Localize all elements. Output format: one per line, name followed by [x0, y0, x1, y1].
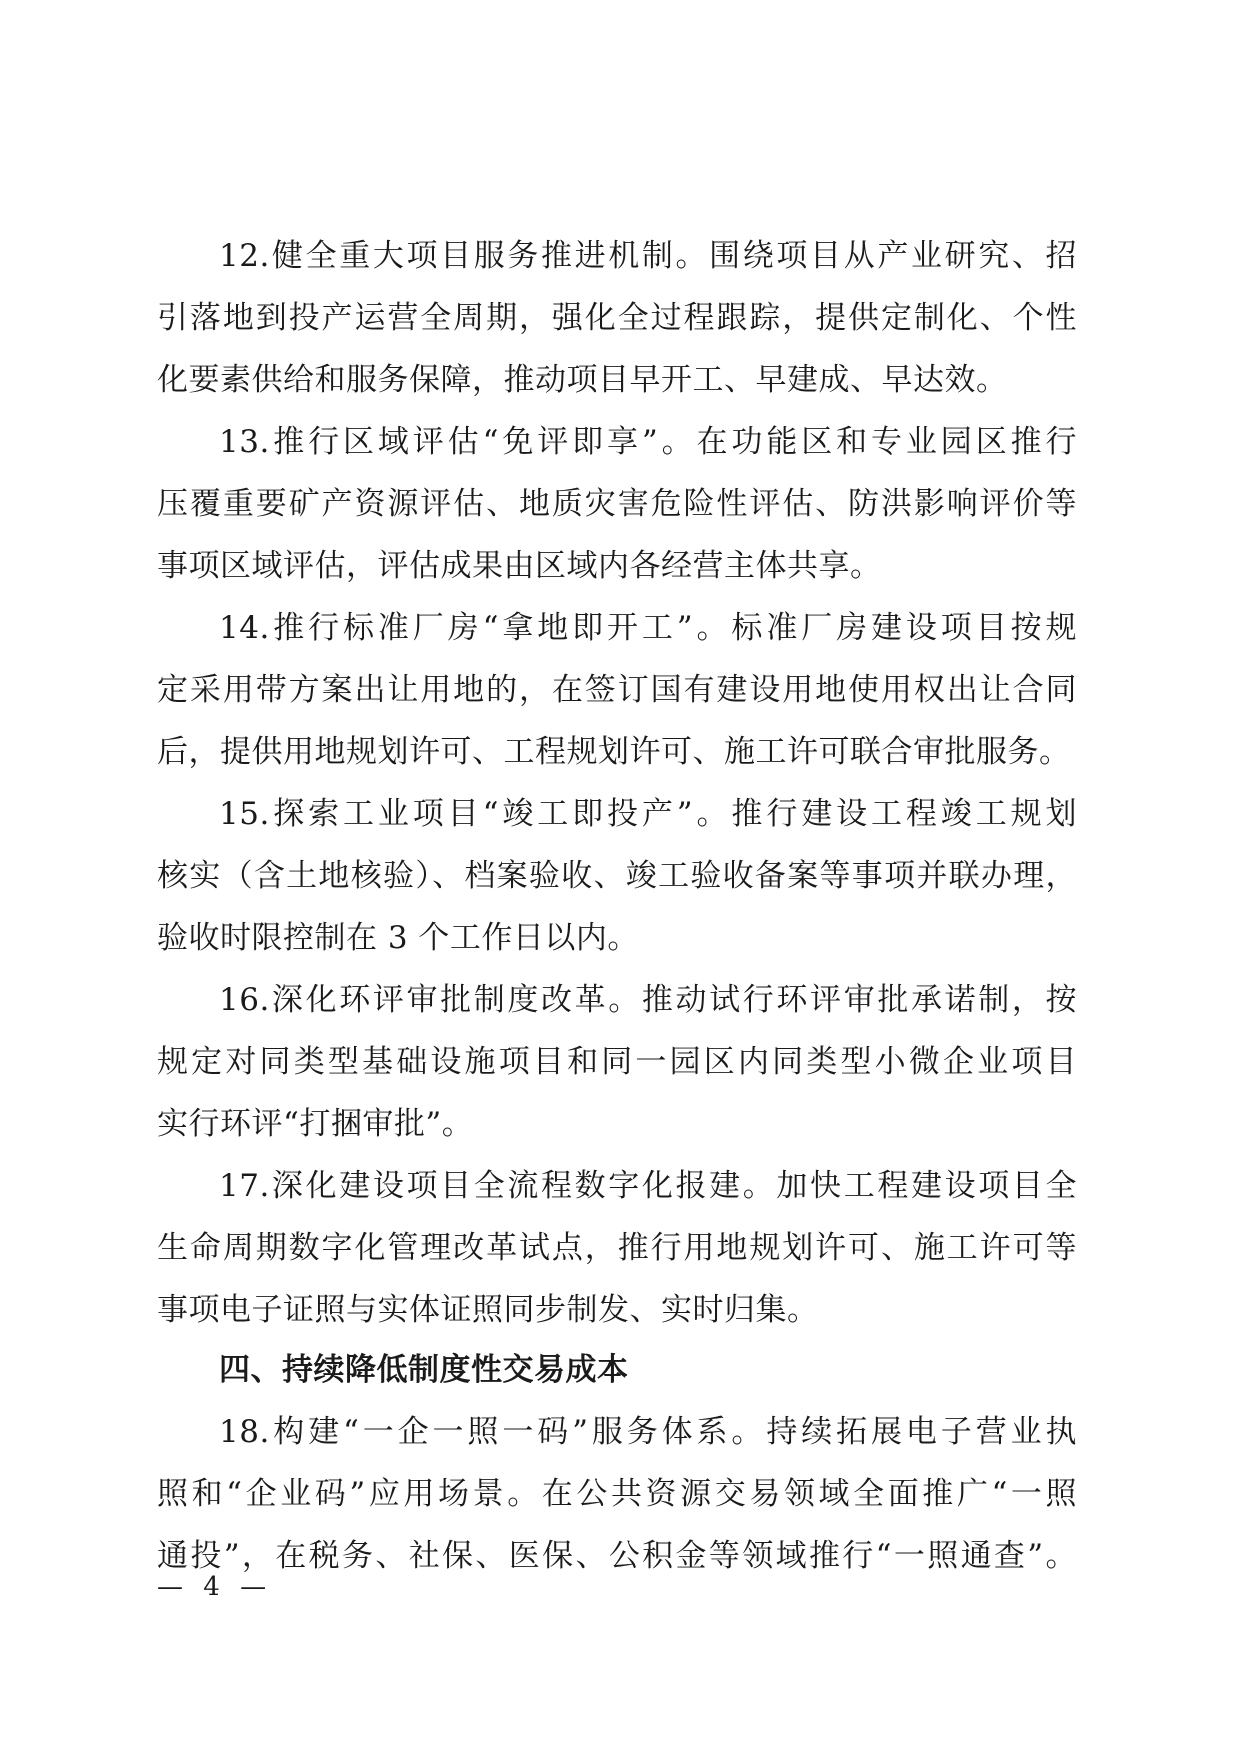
text-line: 18.构建“一企一照一码”服务体系。持续拓展电子营业执	[219, 1412, 1077, 1452]
text-line: 生命周期数字化管理改革试点，推行用地规划许可、施工许可等	[157, 1228, 1077, 1268]
text-line: 引落地到投产运营全周期，强化全过程跟踪，提供定制化、个性	[157, 298, 1077, 338]
text-line: 14.推行标准厂房“拿地即开工”。标准厂房建设项目按规	[219, 608, 1077, 648]
text-line: 后，提供用地规划许可、工程规划许可、施工许可联合审批服务。	[157, 732, 1077, 772]
text-line: 验收时限控制在 3 个工作日以内。	[157, 918, 1077, 958]
document-page: 12.健全重大项目服务推进机制。围绕项目从产业研究、招引落地到投产运营全周期，强…	[0, 0, 1241, 1754]
text-line: 17.深化建设项目全流程数字化报建。加快工程建设项目全	[219, 1166, 1077, 1206]
text-line: 实行环评“打捆审批”。	[157, 1104, 1077, 1144]
text-line: 16.深化环评审批制度改革。推动试行环评审批承诺制，按	[219, 980, 1077, 1020]
section-heading: 四、持续降低制度性交易成本	[219, 1350, 1077, 1390]
text-line: 事项电子证照与实体证照同步制发、实时归集。	[157, 1290, 1077, 1330]
text-line: 通投”，在税务、社保、医保、公积金等领域推行“一照通查”。	[157, 1536, 1077, 1576]
text-line: 定采用带方案出让用地的，在签订国有建设用地使用权出让合同	[157, 670, 1077, 710]
text-line: 12.健全重大项目服务推进机制。围绕项目从产业研究、招	[219, 236, 1077, 276]
text-line: 13.推行区域评估“免评即享”。在功能区和专业园区推行	[219, 422, 1077, 462]
text-line: 核实（含土地核验）、档案验收、竣工验收备案等事项并联办理，	[157, 856, 1077, 896]
page-number: — 4 —	[157, 1570, 272, 1604]
text-line: 规定对同类型基础设施项目和同一园区内同类型小微企业项目	[157, 1042, 1077, 1082]
text-line: 压覆重要矿产资源评估、地质灾害危险性评估、防洪影响评价等	[157, 484, 1077, 524]
text-line: 化要素供给和服务保障，推动项目早开工、早建成、早达效。	[157, 360, 1077, 400]
text-line: 事项区域评估，评估成果由区域内各经营主体共享。	[157, 546, 1077, 586]
text-line: 照和“企业码”应用场景。在公共资源交易领域全面推广“一照	[157, 1474, 1077, 1514]
text-line: 15.探索工业项目“竣工即投产”。推行建设工程竣工规划	[219, 794, 1077, 834]
